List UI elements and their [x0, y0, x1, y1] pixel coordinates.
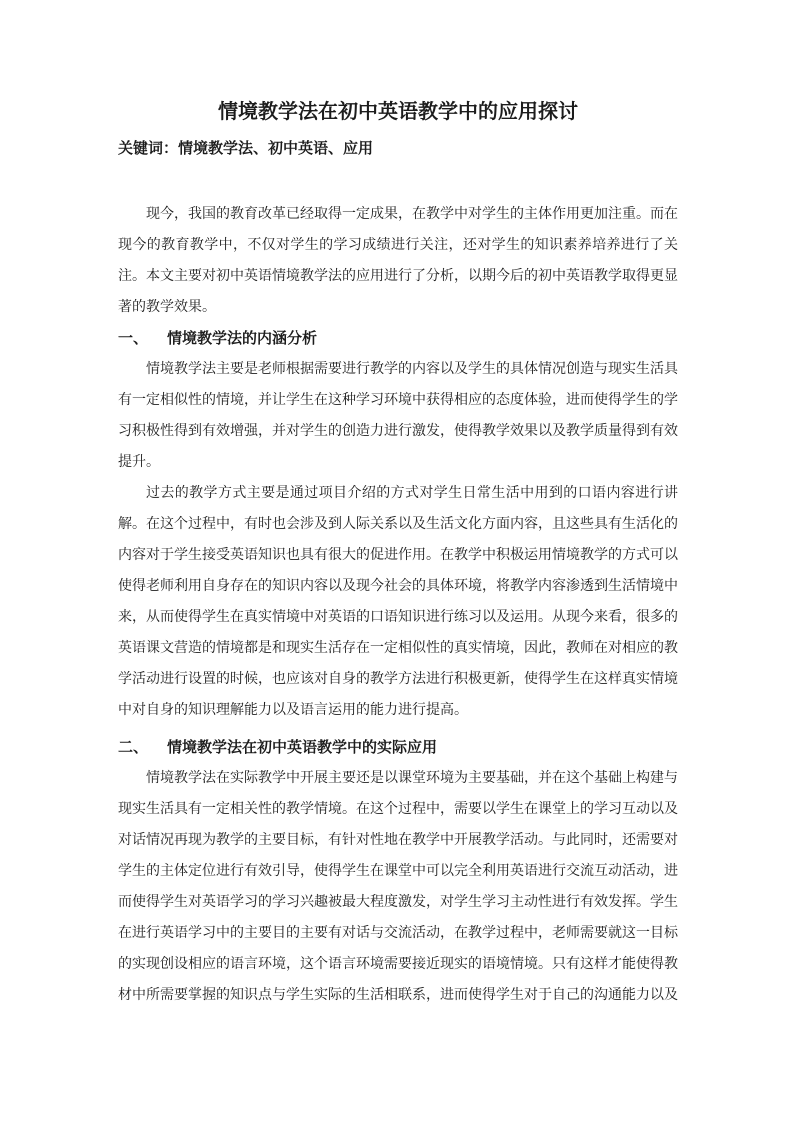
section-1-paragraph-1: 情境教学法主要是老师根据需要进行教学的内容以及学生的具体情况创造与现实生活具有一… — [118, 354, 678, 478]
section-1-title: 情境教学法的内涵分析 — [167, 329, 317, 347]
section-2-heading: 二、情境教学法在初中英语教学中的实际应用 — [118, 732, 678, 763]
intro-paragraph: 现今，我国的教育改革已经取得一定成果，在教学中对学生的主体作用更加注重。而在现今… — [118, 199, 678, 323]
document-content: 情境教学法在初中英语教学中的应用探讨 关键词：情境教学法、初中英语、应用 现今，… — [118, 0, 678, 1011]
section-1-paragraph-2: 过去的教学方式主要是通过项目介绍的方式对学生日常生活中用到的口语内容进行讲解。在… — [118, 478, 678, 726]
section-2-paragraph-1: 情境教学法在实际教学中开展主要还是以课堂环境为主要基础，并在这个基础上构建与现实… — [118, 763, 678, 1011]
section-2-title: 情境教学法在初中英语教学中的实际应用 — [167, 738, 437, 756]
keywords-line: 关键词：情境教学法、初中英语、应用 — [118, 138, 678, 158]
document-page: 情境教学法在初中英语教学中的应用探讨 关键词：情境教学法、初中英语、应用 现今，… — [0, 0, 793, 1122]
section-1-number: 一、 — [118, 323, 167, 354]
document-title: 情境教学法在初中英语教学中的应用探讨 — [118, 96, 678, 126]
section-1-heading: 一、情境教学法的内涵分析 — [118, 323, 678, 354]
section-2-number: 二、 — [118, 732, 167, 763]
